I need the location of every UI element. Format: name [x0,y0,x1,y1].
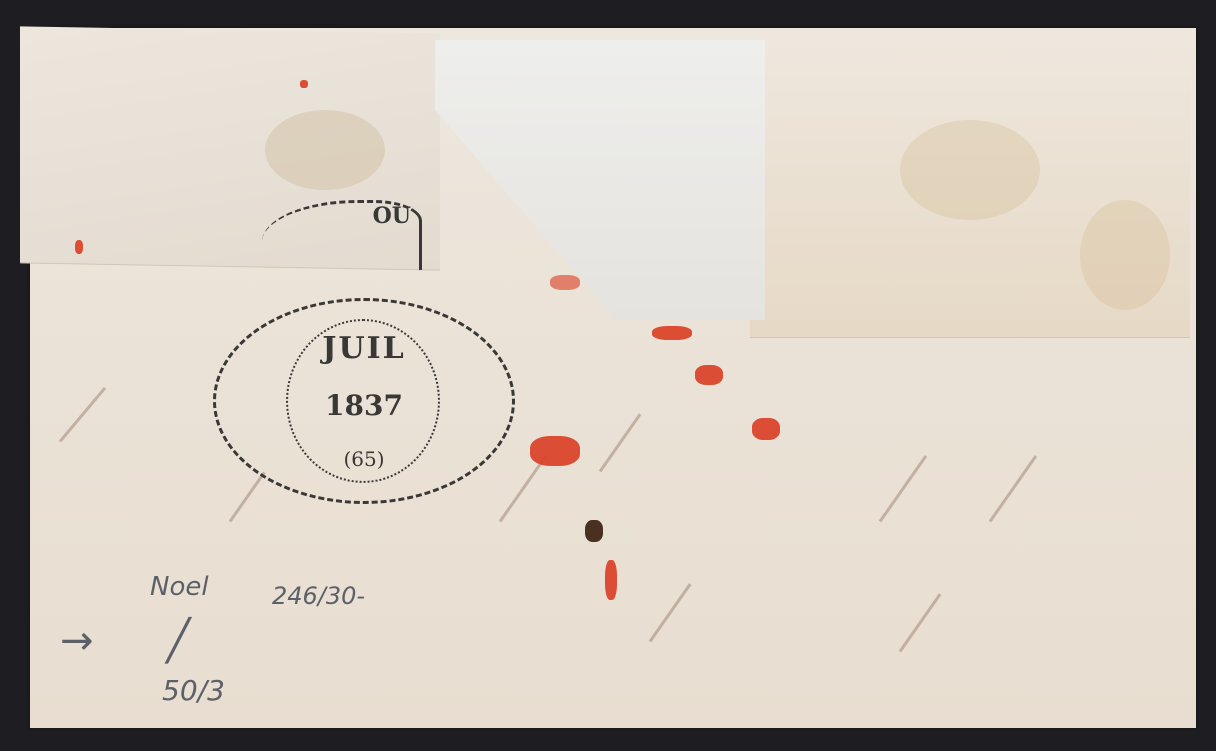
wax-seal-remnant [530,436,580,466]
wax-seal-remnant [75,240,83,254]
pencil-note-signature: → ╱ [60,618,220,664]
stain [900,120,1040,220]
wax-seal-remnant [752,418,780,440]
stain [1080,200,1170,310]
postmark-year: 1837 [216,389,512,422]
wax-seal-remnant [695,365,723,385]
postmark-month: JUIL [216,331,512,366]
wax-seal-remnant [652,326,692,340]
date-postmark: JUIL 1837 (65) [213,298,515,504]
ink-blot [585,520,603,542]
pencil-note-name: Noel [150,572,209,602]
pencil-note-ref: 246/30- [272,582,365,610]
stain [265,110,385,190]
partial-postmark-text: OU [373,203,411,229]
postmark-department: (65) [216,447,512,471]
pencil-note-number: 50/3 [162,674,225,707]
wax-seal-remnant [605,560,617,600]
wax-seal-remnant [550,275,580,290]
wax-seal-remnant [300,80,308,88]
